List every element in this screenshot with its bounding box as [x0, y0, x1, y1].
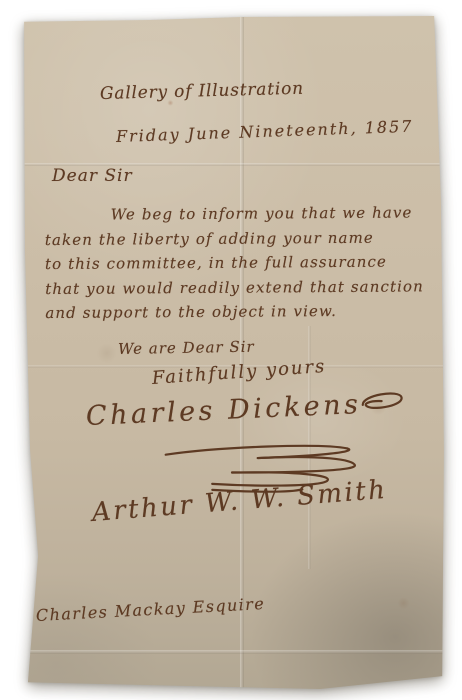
- body-line: We beg to inform you that we have: [45, 200, 424, 227]
- body-line: and support to the object in view.: [45, 299, 424, 326]
- valediction-line-1: We are Dear Sir: [118, 338, 255, 358]
- body-line: taken the liberty of adding your name: [45, 225, 424, 252]
- body-line: to this committee, in the full assurance: [45, 250, 424, 277]
- salutation: Dear Sir: [52, 166, 133, 186]
- body-line: that you would readily extend that sanct…: [45, 274, 424, 301]
- letter-body: We beg to inform you that we have taken …: [45, 200, 425, 326]
- lower-fold-crease: [22, 650, 446, 654]
- signature-loop-icon: [359, 387, 406, 415]
- photo-background: Gallery of Illustration Friday June Nine…: [0, 0, 462, 700]
